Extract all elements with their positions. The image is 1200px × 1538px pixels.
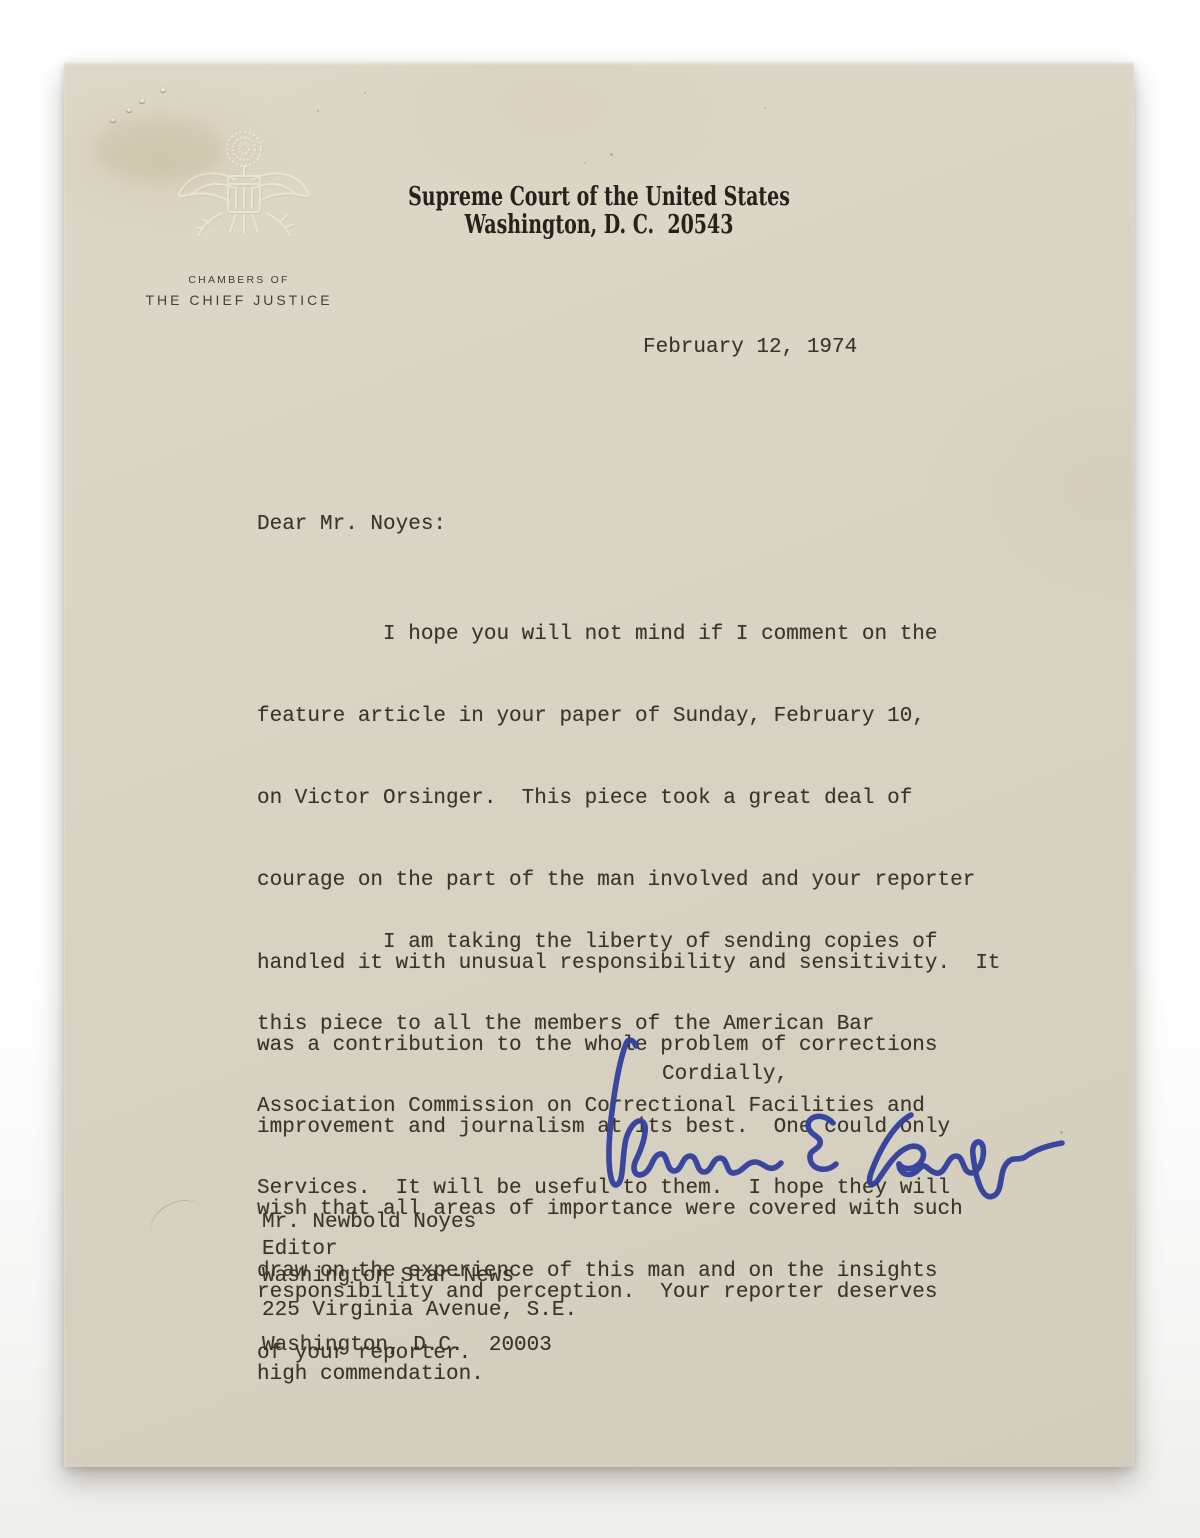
stain xyxy=(94,117,224,182)
speck xyxy=(364,92,366,94)
chambers-block: CHAMBERS OF THE CHIEF JUSTICE xyxy=(89,274,389,308)
recipient-line: Washington Star-News xyxy=(262,1263,514,1290)
speck xyxy=(764,107,766,109)
recipient-line: Washington, D.C. 20003 xyxy=(262,1332,552,1359)
body-line: on Victor Orsinger. This piece took a gr… xyxy=(257,785,1001,812)
crease-mark xyxy=(142,1191,213,1256)
speck xyxy=(610,153,613,156)
body-line: I hope you will not mind if I comment on… xyxy=(257,621,1001,648)
salutation: Dear Mr. Noyes: xyxy=(257,511,446,538)
signature: Warren E Burger xyxy=(600,1034,1080,1214)
photo-background: Supreme Court of the United States Washi… xyxy=(0,0,1200,1538)
speck xyxy=(317,110,319,112)
body-line: feature article in your paper of Sunday,… xyxy=(257,703,1001,730)
pinhole xyxy=(126,108,132,113)
recipient-line: Editor xyxy=(262,1236,338,1263)
pinhole xyxy=(160,88,166,93)
letter-paper: Supreme Court of the United States Washi… xyxy=(64,62,1134,1467)
date-line: February 12, 1974 xyxy=(643,334,857,361)
speck xyxy=(1060,1131,1063,1134)
body-line: I am taking the liberty of sending copie… xyxy=(257,929,950,956)
chambers-line1: CHAMBERS OF xyxy=(89,274,389,286)
recipient-line: Mr. Newbold Noyes xyxy=(262,1209,476,1236)
chambers-line2: THE CHIEF JUSTICE xyxy=(89,292,389,308)
speck xyxy=(584,162,586,164)
letterhead-title-line2: Washington, D. C. 20543 xyxy=(208,210,989,240)
recipient-line: 225 Virginia Avenue, S.E. xyxy=(262,1297,577,1324)
letterhead-title-line1: Supreme Court of the United States xyxy=(208,182,989,212)
pinhole xyxy=(139,99,145,104)
pinhole xyxy=(110,118,116,123)
